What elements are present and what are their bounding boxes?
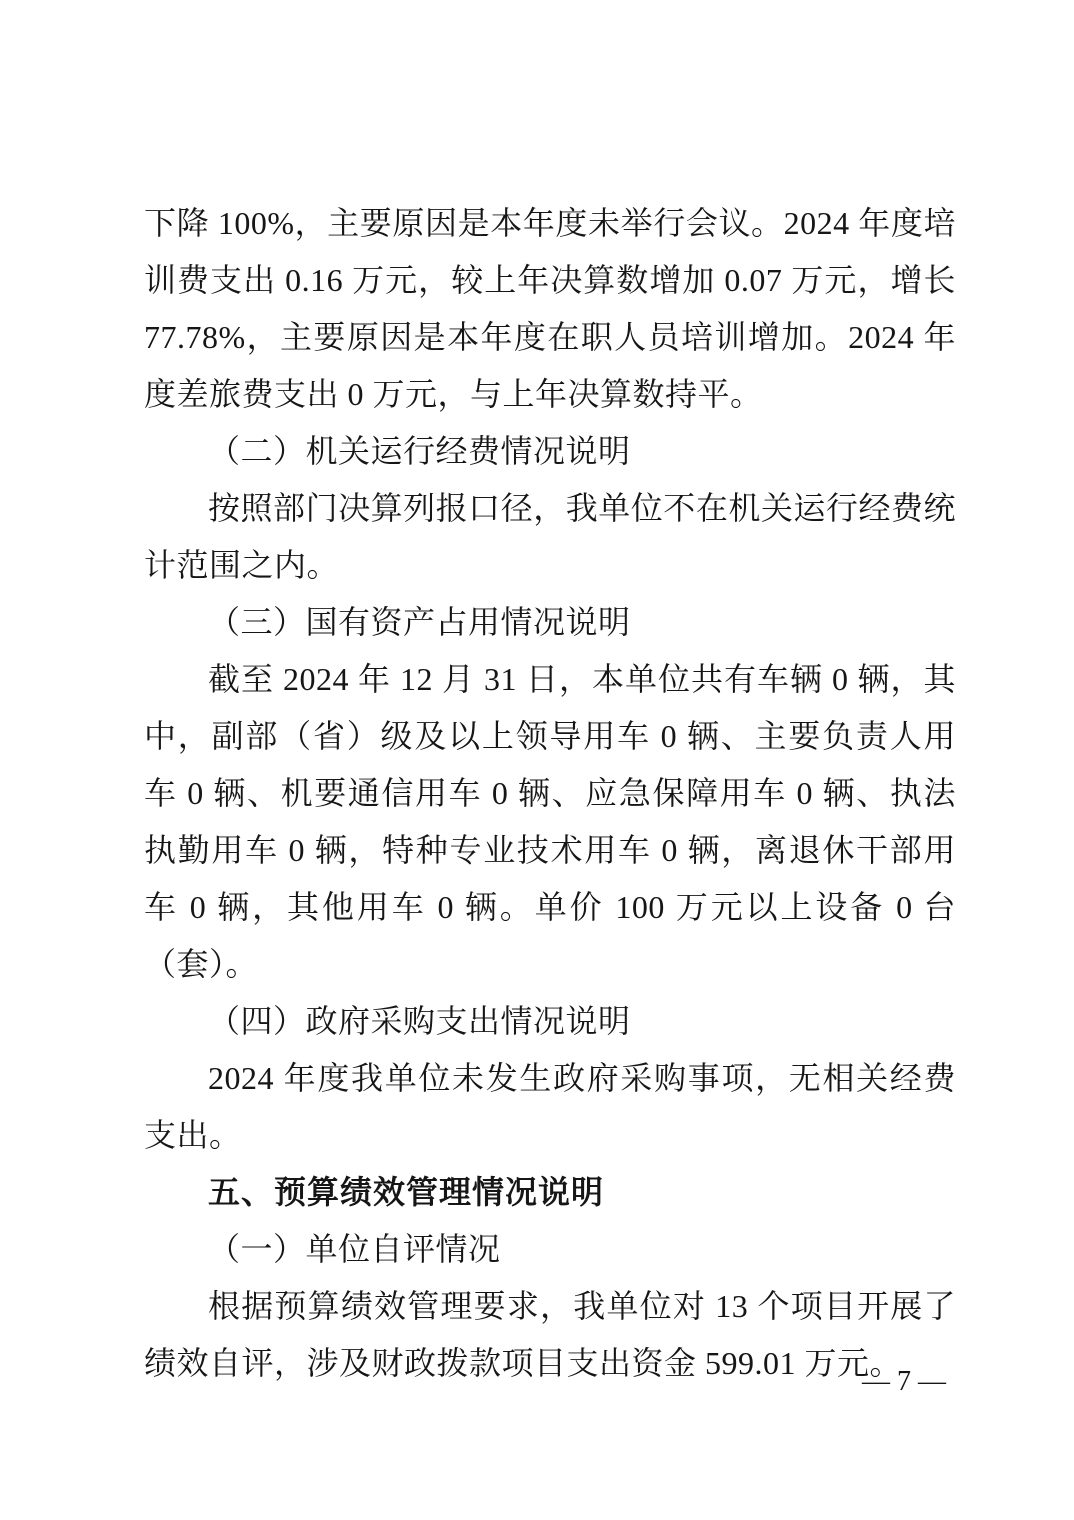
document-page: 下降 100%，主要原因是本年度未举行会议。2024 年度培训费支出 0.16 … <box>0 0 1074 1520</box>
subheading-self-evaluation: （一）单位自评情况 <box>144 1221 956 1278</box>
subheading-state-owned-assets: （三）国有资产占用情况说明 <box>144 594 956 651</box>
paragraph-expense-change-continuation: 下降 100%，主要原因是本年度未举行会议。2024 年度培训费支出 0.16 … <box>144 195 956 423</box>
paragraph-operating-funds-statement: 按照部门决算列报口径，我单位不在机关运行经费统计范围之内。 <box>144 480 956 594</box>
heading-budget-performance-management: 五、预算绩效管理情况说明 <box>144 1164 956 1221</box>
subheading-agency-operating-funds: （二）机关运行经费情况说明 <box>144 423 956 480</box>
paragraph-vehicles-and-equipment: 截至 2024 年 12 月 31 日，本单位共有车辆 0 辆，其中，副部（省）… <box>144 651 956 993</box>
paragraph-self-evaluation-statement: 根据预算绩效管理要求，我单位对 13 个项目开展了绩效自评，涉及财政拨款项目支出… <box>144 1278 956 1392</box>
paragraph-procurement-statement: 2024 年度我单位未发生政府采购事项，无相关经费支出。 <box>144 1050 956 1164</box>
page-number: — 7 — <box>862 1362 946 1402</box>
subheading-government-procurement: （四）政府采购支出情况说明 <box>144 993 956 1050</box>
document-content: 下降 100%，主要原因是本年度未举行会议。2024 年度培训费支出 0.16 … <box>144 195 956 1392</box>
